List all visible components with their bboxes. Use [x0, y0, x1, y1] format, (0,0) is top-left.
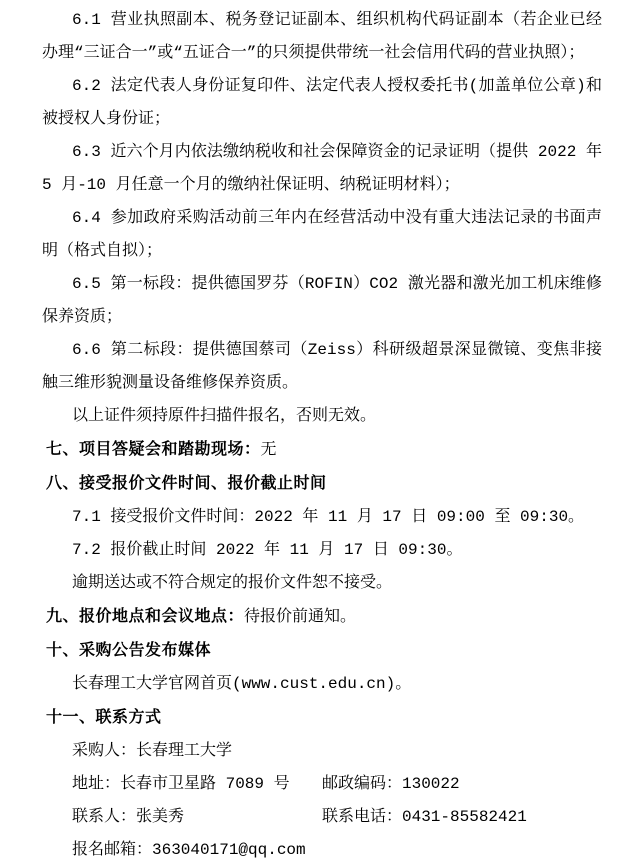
paragraph-6-5: 6.5 第一标段：提供德国罗芬（ROFIN）CO2 激光器和激光加工机床维修保养…	[42, 268, 602, 334]
heading-section-7: 七、项目答疑会和踏勘现场：无	[42, 433, 602, 467]
signup-email-line: 报名邮箱：363040171@qq.com	[42, 834, 602, 861]
paragraph-6-4: 6.4 参加政府采购活动前三年内在经营活动中没有重大违法记录的书面声明（格式自拟…	[42, 202, 602, 268]
heading-section-7-value: 无	[261, 441, 277, 459]
heading-section-11: 十一、联系方式	[42, 701, 602, 735]
paragraph-6-6: 6.6 第二标段：提供德国蔡司（Zeiss）科研级超景深显微镜、变焦非接触三维形…	[42, 334, 602, 400]
phone-line: 联系电话：0431-85582421	[322, 801, 602, 834]
scan-original-note: 以上证件须持原件扫描件报名，否则无效。	[42, 400, 602, 433]
heading-section-9-title: 九、报价地点和会议地点：	[46, 608, 244, 625]
contact-person-line: 联系人：张美秀	[72, 801, 322, 834]
paragraph-6-3: 6.3 近六个月内依法缴纳税收和社会保障资金的记录证明（提供 2022 年 5 …	[42, 136, 602, 202]
purchaser-line: 采购人：长春理工大学	[42, 735, 602, 768]
paragraph-7-2: 7.2 报价截止时间 2022 年 11 月 17 日 09:30。	[42, 534, 602, 567]
heading-section-7-title: 七、项目答疑会和踏勘现场：	[46, 441, 261, 458]
paragraph-6-2: 6.2 法定代表人身份证复印件、法定代表人授权委托书(加盖单位公章)和被授权人身…	[42, 70, 602, 136]
heading-section-8-title: 八、接受报价文件时间、报价截止时间	[46, 475, 327, 492]
paragraph-7-1: 7.1 接受报价文件时间：2022 年 11 月 17 日 09:00 至 09…	[42, 501, 602, 534]
late-delivery-note: 逾期送达或不符合规定的报价文件恕不接受。	[42, 567, 602, 600]
announcement-media: 长春理工大学官网首页(www.cust.edu.cn)。	[42, 668, 602, 701]
address-postcode-row: 地址：长春市卫星路 7089 号 邮政编码：130022	[42, 768, 602, 801]
heading-section-11-title: 十一、联系方式	[46, 709, 162, 726]
heading-section-9: 九、报价地点和会议地点：待报价前通知。	[42, 600, 602, 634]
paragraph-6-1: 6.1 营业执照副本、税务登记证副本、组织机构代码证副本（若企业已经办理“三证合…	[42, 4, 602, 70]
heading-section-9-value: 待报价前通知。	[244, 608, 356, 626]
address-line: 地址：长春市卫星路 7089 号	[72, 768, 322, 801]
contact-phone-row: 联系人：张美秀 联系电话：0431-85582421	[42, 801, 602, 834]
postcode-line: 邮政编码：130022	[322, 768, 602, 801]
heading-section-8: 八、接受报价文件时间、报价截止时间	[42, 467, 602, 501]
heading-section-10: 十、采购公告发布媒体	[42, 634, 602, 668]
document-page: 6.1 营业执照副本、税务登记证副本、组织机构代码证副本（若企业已经办理“三证合…	[0, 0, 644, 861]
heading-section-10-title: 十、采购公告发布媒体	[46, 642, 211, 659]
